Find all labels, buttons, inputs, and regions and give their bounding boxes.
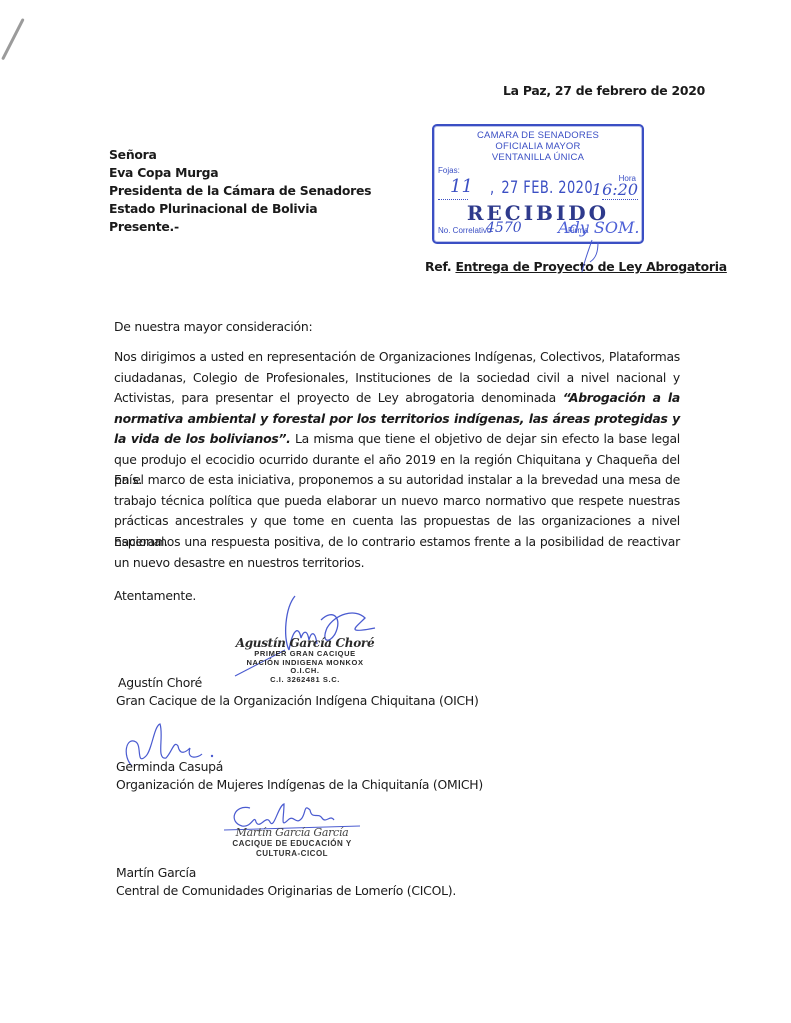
seal-line: CACIQUE DE EDUCACIÓN Y: [222, 839, 362, 849]
reception-stamp: CAMARA DE SENADORES OFICIALIA MAYOR VENT…: [432, 124, 644, 244]
signatory-3-organization: Central de Comunidades Originarias de Lo…: [116, 882, 456, 900]
stamp-firma-value: Ady SOM.: [558, 218, 639, 237]
stamp-date-value: 27 FEB. 2020: [501, 178, 593, 198]
stamp-fojas-label: Fojas:: [438, 166, 460, 175]
stamp-fojas-value: 11: [450, 176, 473, 197]
stamp-line-3: VENTANILLA ÚNICA: [434, 152, 642, 163]
greeting: De nuestra mayor consideración:: [114, 318, 312, 336]
signatory-2-organization: Organización de Mujeres Indígenas de la …: [116, 776, 483, 794]
seal-agustin-chore: Agustín García Choré PRIMER GRAN CACIQUE…: [220, 636, 390, 684]
pen-stroke-mark: [1, 18, 25, 60]
paragraph-1: Nos dirigimos a usted en representación …: [114, 347, 680, 491]
signatory-2-name: Germinda Casupá: [116, 758, 223, 776]
stamp-line-1: CAMARA DE SENADORES: [434, 130, 642, 141]
recipient-position: Presidenta de la Cámara de Senadores: [109, 182, 371, 200]
seal-martin-garcia: Martín García García CACIQUE DE EDUCACIÓ…: [222, 826, 362, 859]
stamp-correlativo-label: No. Correlativo: [438, 226, 491, 235]
letter-page: La Paz, 27 de febrero de 2020 Señora Eva…: [0, 0, 791, 1023]
reference-line: Ref. Entrega de Proyecto de Ley Abrogato…: [425, 258, 727, 276]
stamp-line-2: OFICIALIA MAYOR: [434, 141, 642, 152]
reference-label: Ref.: [425, 259, 451, 274]
valediction: Atentamente.: [114, 587, 196, 605]
recipient-name: Eva Copa Murga: [109, 164, 218, 182]
signatory-1-organization: Gran Cacique de la Organización Indígena…: [116, 692, 479, 710]
stamp-dotted-line: [602, 199, 638, 200]
stamp-correlativo-value: 4570: [486, 220, 522, 236]
recipient-salutation: Señora: [109, 146, 157, 164]
recipient-entity: Estado Plurinacional de Bolivia: [109, 200, 317, 218]
stamp-hora-value: 16:20: [592, 180, 638, 199]
seal-name: Martín García García: [222, 826, 362, 839]
signatory-3-name: Martín García: [116, 864, 196, 882]
stamp-date: ,27 FEB. 2020: [490, 178, 593, 198]
paragraph-3: Esperamos una respuesta positiva, de lo …: [114, 532, 680, 573]
stamp-signature-tail: [578, 238, 608, 274]
seal-name: Agustín García Choré: [220, 636, 390, 650]
stamp-dotted-line: [438, 199, 468, 200]
recipient-closing: Presente.-: [109, 218, 179, 236]
seal-line: CULTURA-CICOL: [222, 849, 362, 859]
place-date: La Paz, 27 de febrero de 2020: [503, 82, 705, 100]
signatory-1-name: Agustín Choré: [118, 674, 202, 692]
seal-line: C.I. 3262481 S.C.: [220, 676, 390, 685]
